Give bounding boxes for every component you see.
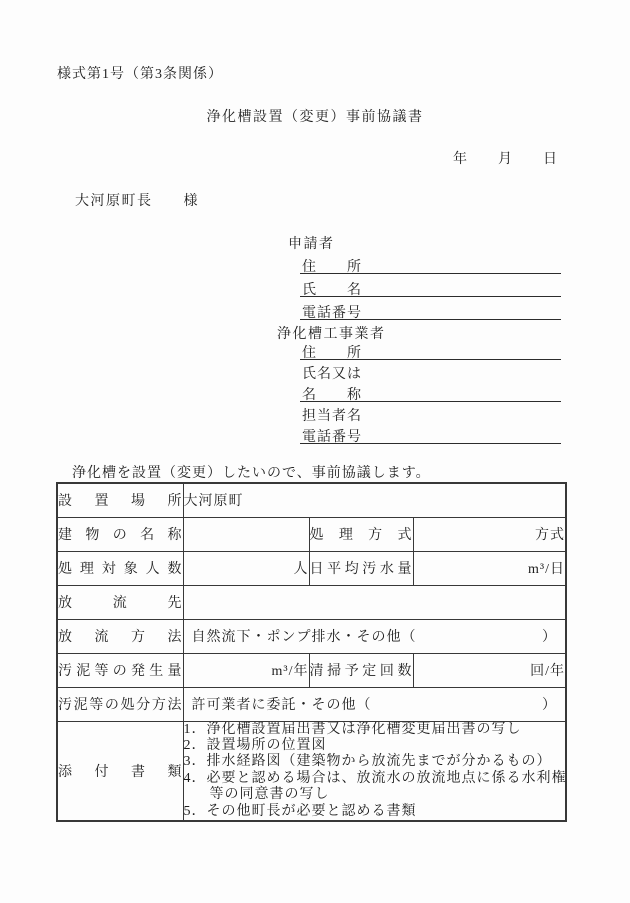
contractor-title-label: 名 称 (300, 388, 362, 403)
consultation-table: 設置場所 大河原町 建物の名称 処理方式 方式 処理対象人数 人 日平均汚水量 … (56, 482, 567, 822)
applicant-address-label: 住 所 (300, 260, 362, 275)
daily-sewage-label: 日平均汚水量 (309, 551, 413, 585)
date-line: 年 月 日 (453, 148, 558, 168)
contractor-person-line: 担当者名 (300, 405, 561, 422)
row-persons-sewage: 処理対象人数 人 日平均汚水量 m³/日 (57, 551, 566, 585)
contractor-name-or-label: 氏名又は (300, 367, 362, 382)
discharge-method-label: 放流方法 (57, 619, 183, 653)
sludge-disposal-label: 汚泥等の処分方法 (57, 687, 183, 721)
contractor-person-label: 担当者名 (300, 409, 362, 424)
applicant-phone-label: 電話番号 (300, 306, 362, 321)
sludge-disposal-close-paren: ） (542, 694, 557, 714)
treatment-method-unit: 方式 (413, 517, 566, 551)
applicant-name-label: 氏 名 (300, 283, 362, 298)
row-attachments: 添付書類 1．浄化槽設置届出書又は浄化槽変更届出書の写し 2．設置場所の位置図 … (57, 721, 566, 821)
discharge-destination-label: 放流先 (57, 585, 183, 619)
attachment-item: 2．設置場所の位置図 (184, 738, 566, 754)
contractor-title-line: 名 称 (300, 384, 561, 402)
contractor-phone-label: 電話番号 (300, 430, 362, 445)
contractor-phone-line: 電話番号 (300, 426, 561, 444)
treated-persons-unit: 人 (183, 551, 309, 585)
cleaning-frequency-unit: 回/年 (413, 653, 566, 687)
treated-persons-label: 処理対象人数 (57, 551, 183, 585)
daily-sewage-unit: m³/日 (413, 551, 566, 585)
sludge-amount-label: 汚泥等の発生量 (57, 653, 183, 687)
row-discharge-destination: 放流先 (57, 585, 566, 619)
building-name-value (183, 517, 309, 551)
attachment-item: 1．浄化槽設置届出書又は浄化槽変更届出書の写し (184, 722, 566, 738)
discharge-method-options: 自然流下・ポンプ排水・その他（ (192, 626, 417, 646)
discharge-destination-value (183, 585, 566, 619)
page-title: 浄化槽設置（変更）事前協議書 (0, 106, 630, 126)
row-installation-site: 設置場所 大河原町 (57, 483, 566, 517)
attachment-item: 4．必要と認める場合は、放流水の放流地点に係る水利権者 (184, 771, 566, 787)
applicant-address-line: 住 所 (300, 256, 561, 274)
applicant-phone-line: 電話番号 (300, 302, 561, 320)
contractor-address-label: 住 所 (300, 346, 362, 361)
attachment-item: 5．その他町長が必要と認める書類 (184, 804, 566, 820)
sludge-amount-unit: m³/年 (183, 653, 309, 687)
installation-site-label: 設置場所 (57, 483, 183, 517)
intro-sentence: 浄化槽を設置（変更）したいので、事前協議します。 (72, 462, 431, 482)
applicant-heading: 申請者 (288, 233, 335, 253)
building-name-label: 建物の名称 (57, 517, 183, 551)
attachments-list: 1．浄化槽設置届出書又は浄化槽変更届出書の写し 2．設置場所の位置図 3．排水経… (183, 721, 566, 821)
row-sludge-disposal: 汚泥等の処分方法 許可業者に委託・その他（ ） (57, 687, 566, 721)
discharge-method-value: 自然流下・ポンプ排水・その他（ ） (183, 619, 566, 653)
contractor-address-line: 住 所 (300, 342, 561, 360)
discharge-method-close-paren: ） (542, 626, 557, 646)
form-number: 様式第1号（第3条関係） (57, 63, 223, 83)
contractor-heading: 浄化槽工事業者 (277, 323, 386, 343)
installation-site-value: 大河原町 (183, 483, 566, 517)
contractor-name-or-line: 氏名又は (300, 363, 561, 380)
row-discharge-method: 放流方法 自然流下・ポンプ排水・その他（ ） (57, 619, 566, 653)
attachments-label: 添付書類 (57, 721, 183, 821)
sludge-disposal-value: 許可業者に委託・その他（ ） (183, 687, 566, 721)
row-sludge-cleaning: 汚泥等の発生量 m³/年 清掃予定回数 回/年 (57, 653, 566, 687)
cleaning-frequency-label: 清掃予定回数 (309, 653, 413, 687)
treatment-method-label: 処理方式 (309, 517, 413, 551)
attachment-item: 3．排水経路図（建築物から放流先までが分かるもの） (184, 754, 566, 770)
attachment-item-continuation: 等の同意書の写し (184, 787, 566, 803)
row-building-treatment: 建物の名称 処理方式 方式 (57, 517, 566, 551)
document-page: 様式第1号（第3条関係） 浄化槽設置（変更）事前協議書 年 月 日 大河原町長 … (0, 0, 630, 903)
sludge-disposal-options: 許可業者に委託・その他（ (192, 694, 372, 714)
applicant-name-line: 氏 名 (300, 279, 561, 297)
addressee: 大河原町長 様 (75, 190, 199, 210)
